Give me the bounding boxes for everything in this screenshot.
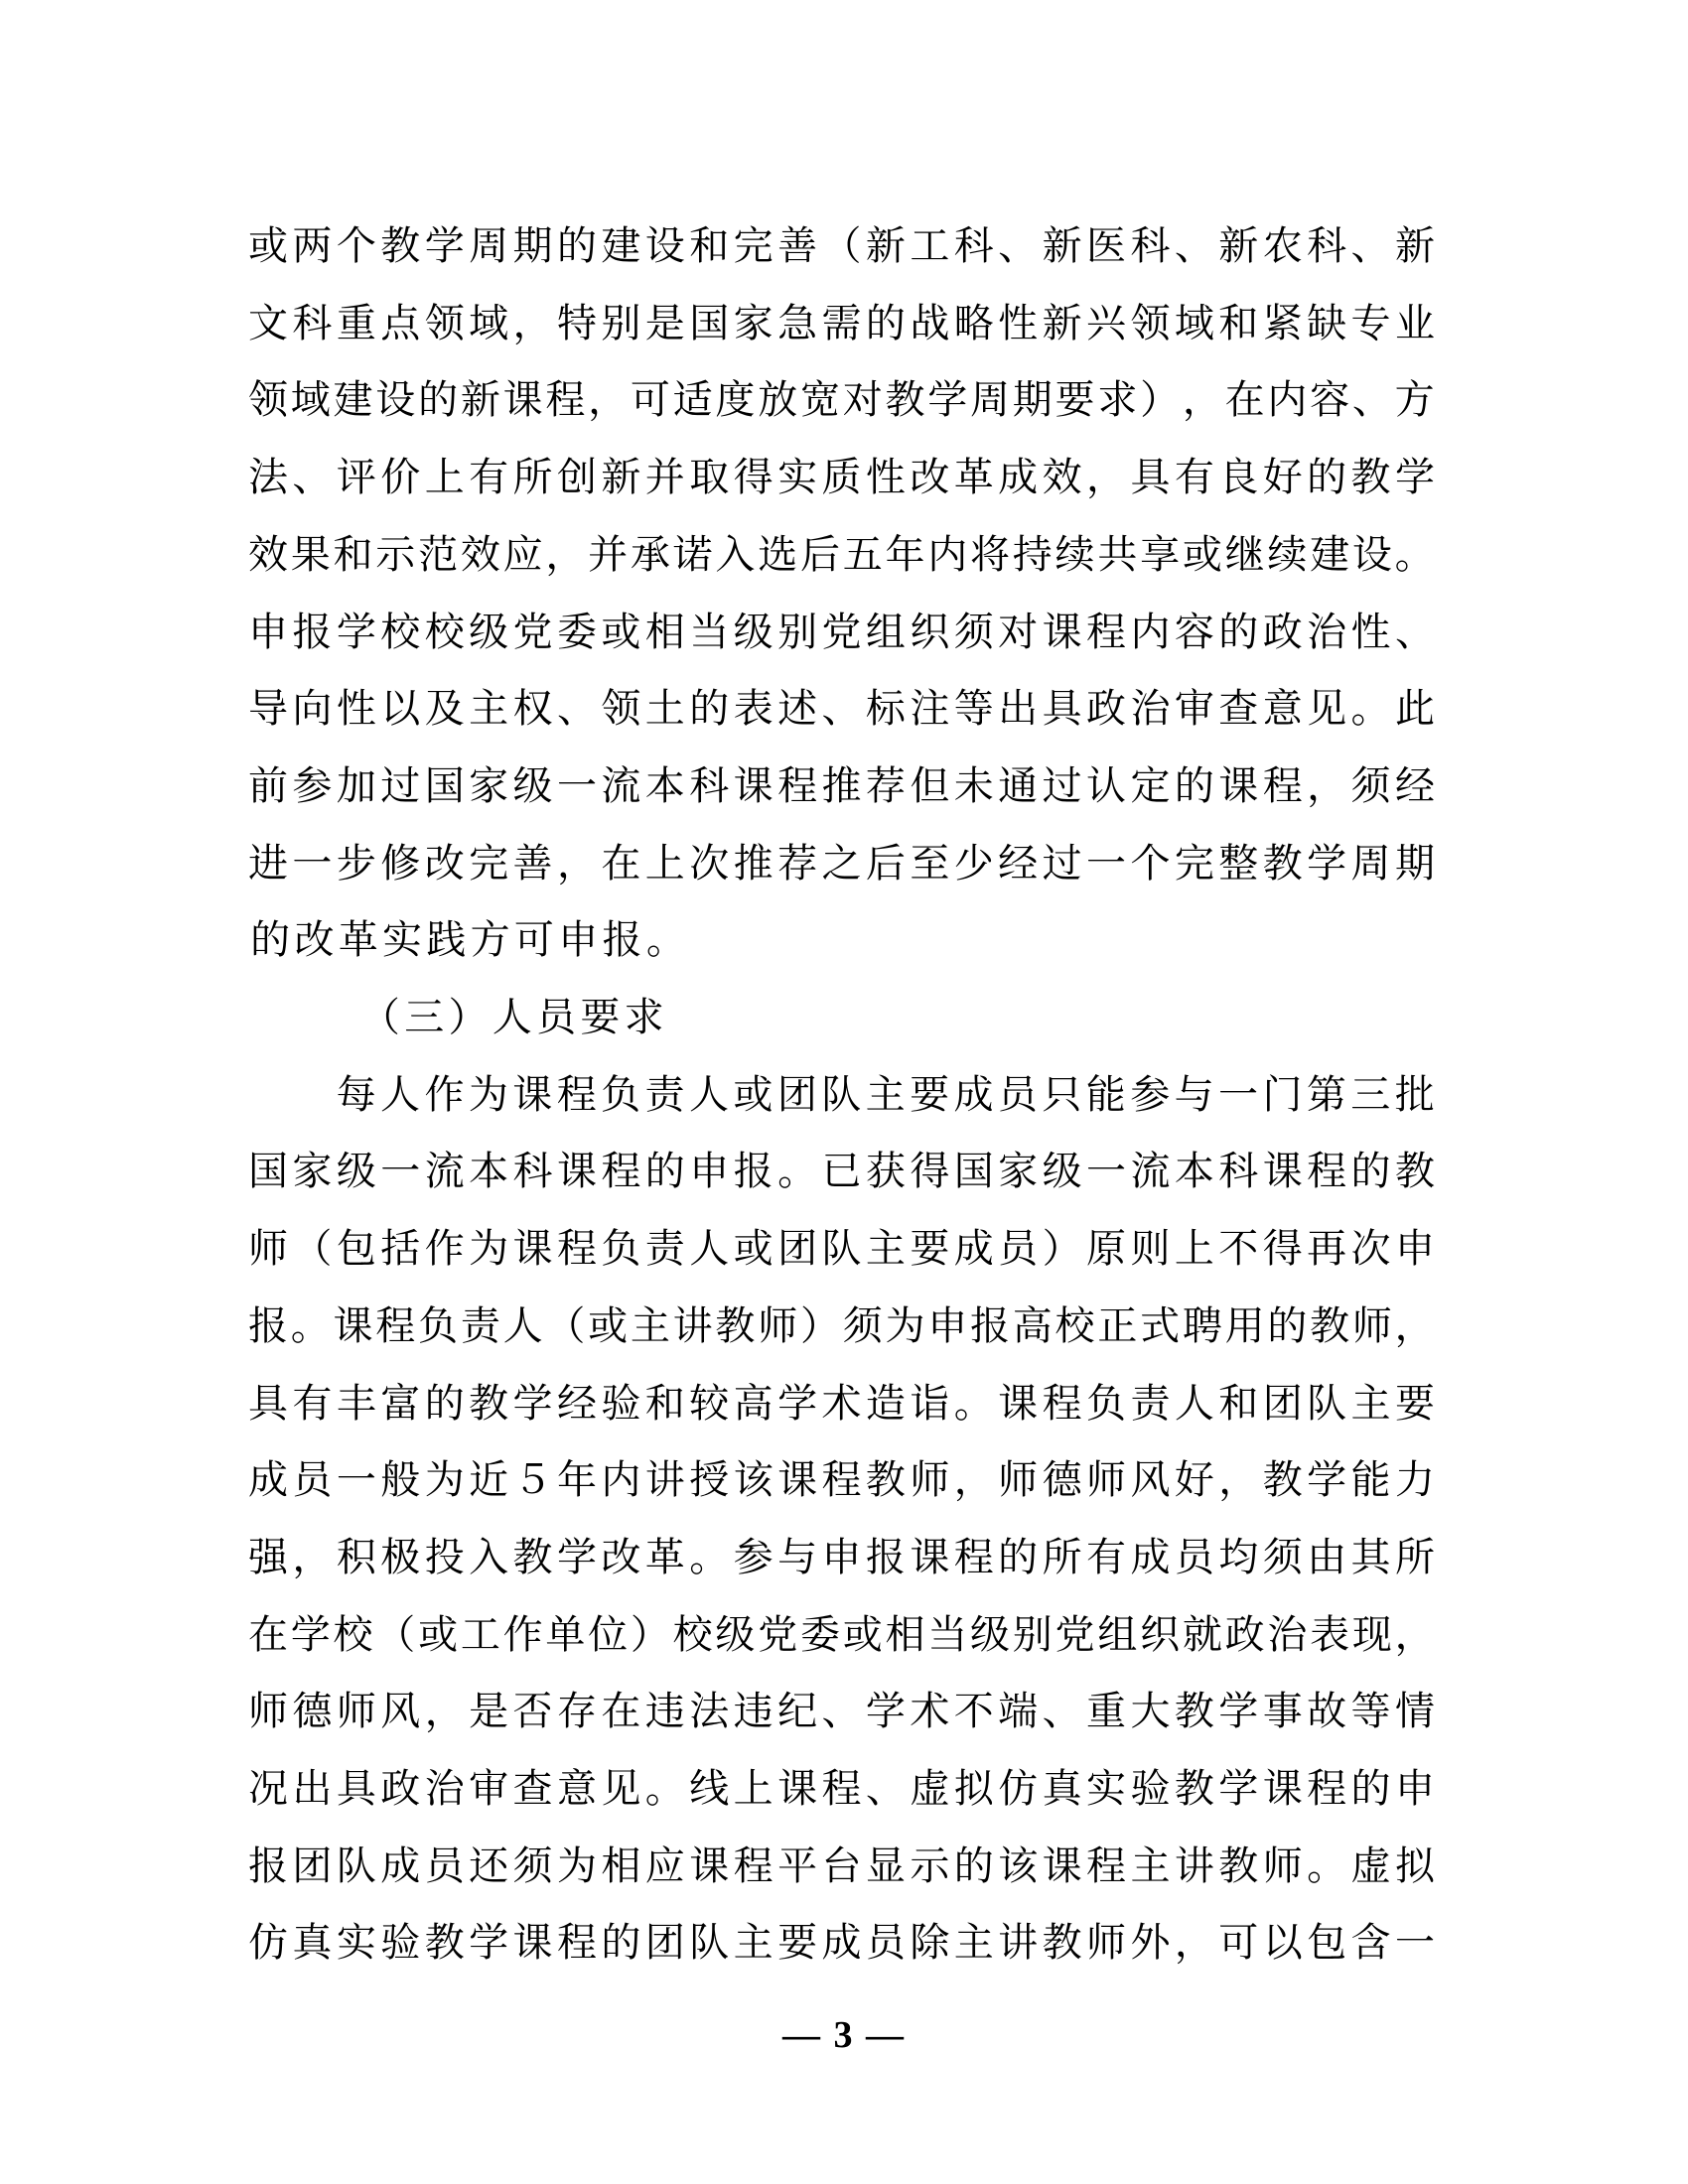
- body-text-line: 师（包括作为课程负责人或团队主要成员）原则上不得再次申: [248, 1227, 1435, 1271]
- body-text-line: 或两个教学周期的建设和完善（新工科、新医科、新农科、新: [248, 224, 1435, 268]
- body-text-line: 前参加过国家级一流本科课程推荐但未通过认定的课程，须经: [248, 764, 1435, 808]
- body-text-line: 报。课程负责人（或主讲教师）须为申报高校正式聘用的教师，: [248, 1304, 1435, 1348]
- body-text-line: 成员一般为近５年内讲授该课程教师，师德师风好，教学能力: [248, 1458, 1435, 1502]
- section-heading: （三）人员要求: [358, 996, 666, 1039]
- body-text-line: 强，积极投入教学改革。参与申报课程的所有成员均须由其所: [248, 1536, 1435, 1579]
- body-text-line: 报团队成员还须为相应课程平台显示的该课程主讲教师。虚拟: [248, 1844, 1435, 1888]
- body-text-line: 的改革实践方可申报。: [248, 918, 688, 962]
- body-text-line: 申报学校校级党委或相当级别党组织须对课程内容的政治性、: [248, 611, 1435, 654]
- body-text-line: 进一步修改完善，在上次推荐之后至少经过一个完整教学周期: [248, 842, 1435, 886]
- body-text-line: 仿真实验教学课程的团队主要成员除主讲教师外，可以包含一: [248, 1921, 1435, 1965]
- body-text-line: 导向性以及主权、领土的表述、标注等出具政治审查意见。此: [248, 687, 1435, 731]
- body-text-line: 在学校（或工作单位）校级党委或相当级别党组织就政治表现，: [248, 1613, 1435, 1657]
- body-text-line: 师德师风，是否存在违法违纪、学术不端、重大教学事故等情: [248, 1690, 1435, 1733]
- body-text-line: 具有丰富的教学经验和较高学术造诣。课程负责人和团队主要: [248, 1382, 1435, 1426]
- body-text-line: 效果和示范效应，并承诺入选后五年内将持续共享或继续建设。: [248, 533, 1435, 577]
- page-number: — 3 —: [0, 2015, 1688, 2055]
- body-text-line: 领域建设的新课程，可适度放宽对教学周期要求），在内容、方: [248, 378, 1435, 422]
- body-text-line: 文科重点领域，特别是国家急需的战略性新兴领域和紧缺专业: [248, 302, 1435, 345]
- body-text-line: 况出具政治审查意见。线上课程、虚拟仿真实验教学课程的申: [248, 1767, 1435, 1811]
- document-page: 或两个教学周期的建设和完善（新工科、新医科、新农科、新文科重点领域，特别是国家急…: [0, 0, 1688, 2184]
- body-text-line: 法、评价上有所创新并取得实质性改革成效，具有良好的教学: [248, 456, 1435, 499]
- body-text-line: 国家级一流本科课程的申报。已获得国家级一流本科课程的教: [248, 1150, 1435, 1193]
- body-text-line: 每人作为课程负责人或团队主要成员只能参与一门第三批: [337, 1073, 1435, 1117]
